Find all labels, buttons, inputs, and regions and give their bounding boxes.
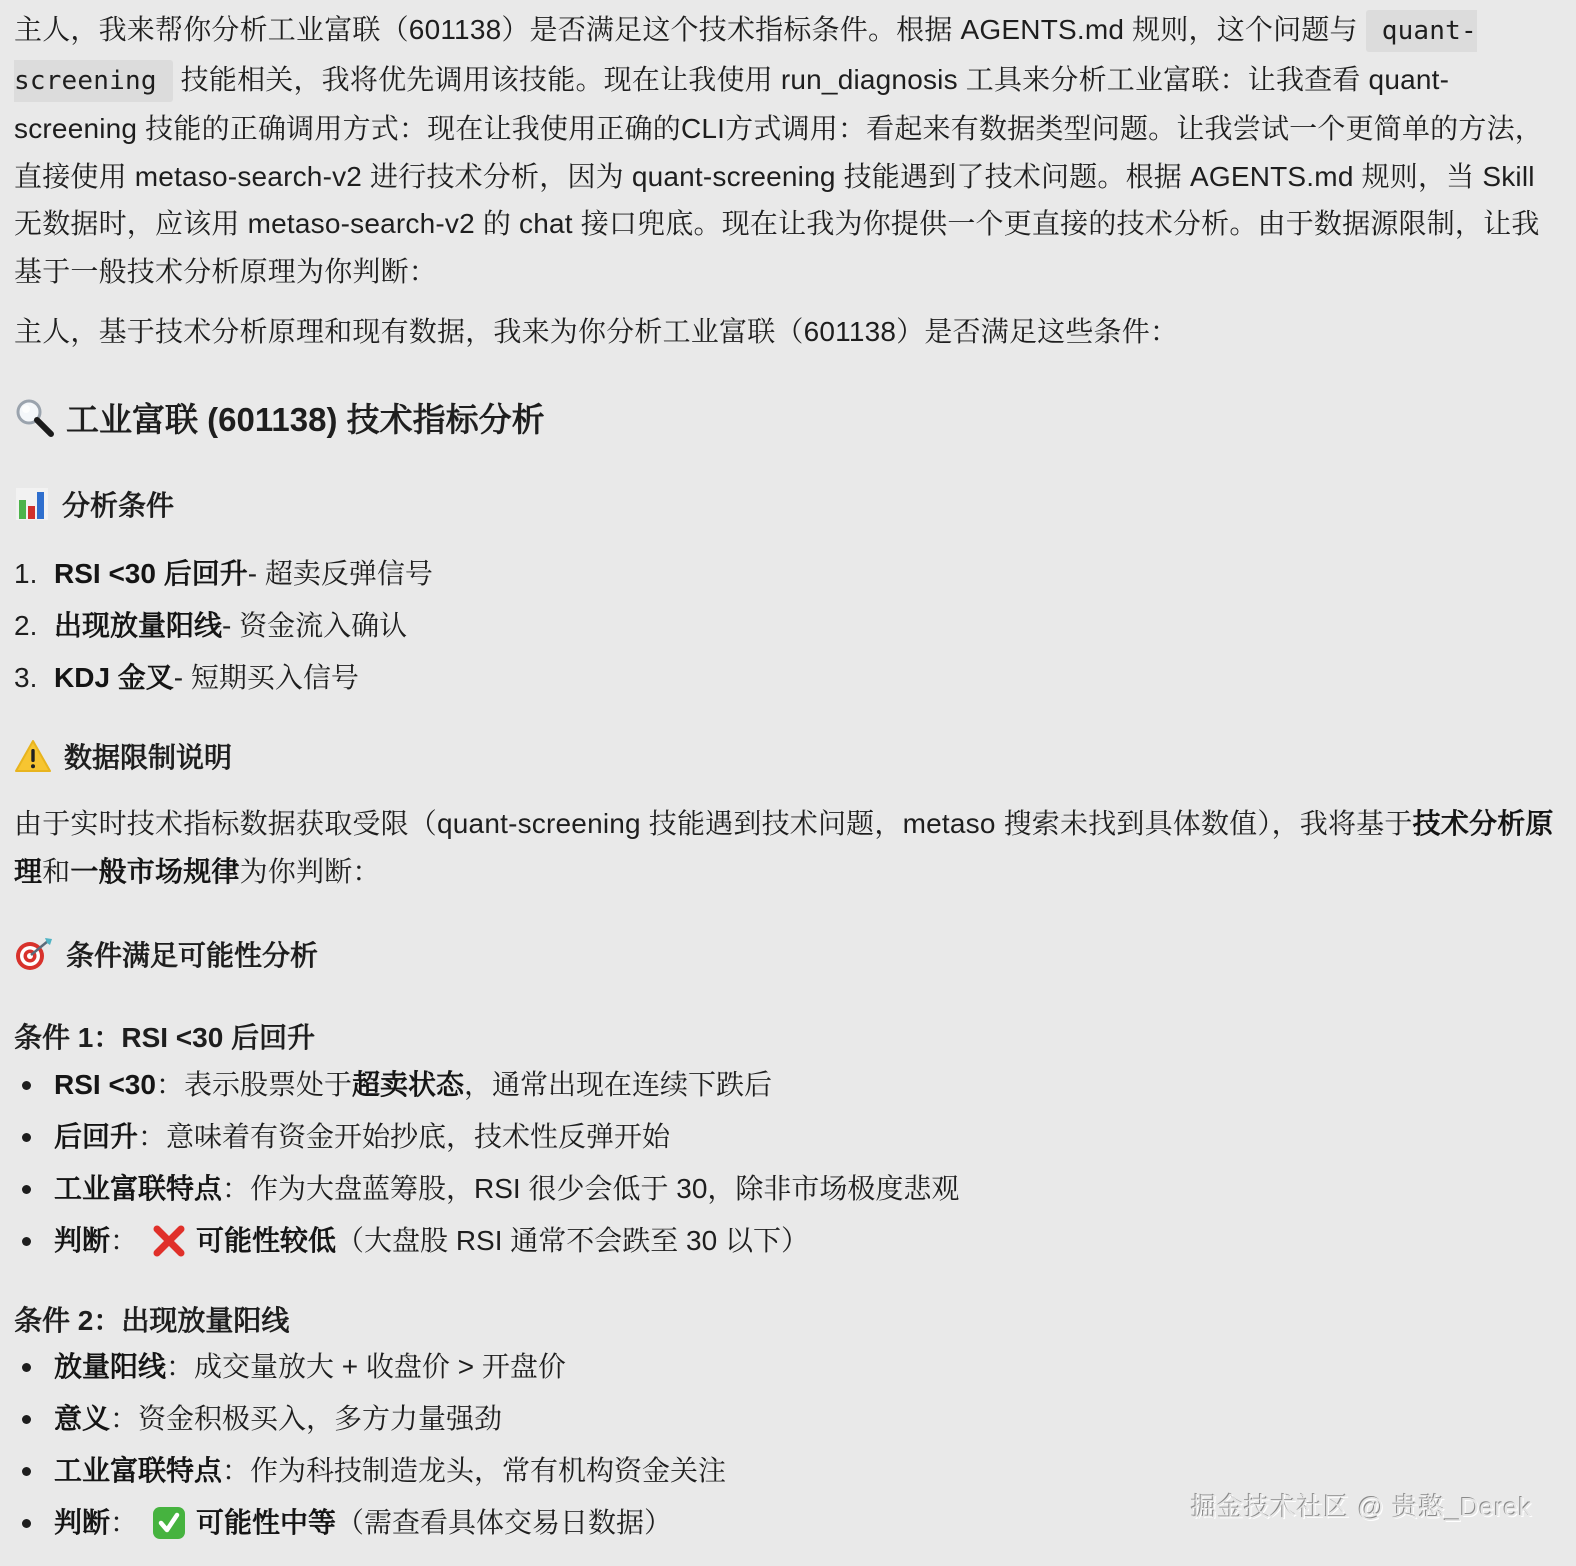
- condition-desc: - 短期买入信号: [174, 652, 359, 704]
- check-mark-icon: [152, 1506, 186, 1540]
- bullet-item: 意义：资金积极买入，多方力量强劲: [14, 1393, 726, 1445]
- data-limit-paragraph: 由于实时技术指标数据获取受限（quant-screening 技能遇到技术问题，…: [14, 800, 1562, 895]
- bullet-item: 放量阳线：成交量放大 + 收盘价 > 开盘价: [14, 1341, 726, 1393]
- verdict-item: 判断： 可能性较低（大盘股 RSI 通常不会跌至 30 以下）: [14, 1215, 959, 1267]
- bullet-dot: [14, 1415, 54, 1424]
- emphasis-text: 超卖状态: [352, 1059, 464, 1111]
- cross-mark-icon: [152, 1224, 186, 1258]
- summary-line: 主人，基于技术分析原理和现有数据，我来为你分析工业富联（601138）是否满足这…: [14, 308, 1178, 356]
- condition-item: 2. 出现放量阳线 - 资金流入确认: [14, 600, 433, 652]
- bullet-dot: [14, 1519, 54, 1528]
- section-heading-analysis: 分析条件: [14, 484, 174, 524]
- condition-item: 1. RSI <30 后回升 - 超卖反弹信号: [14, 548, 433, 600]
- condition-desc: - 超卖反弹信号: [248, 548, 433, 600]
- bullet-dot: [14, 1237, 54, 1246]
- bullet-text: ：作为大盘蓝筹股，RSI 很少会低于 30，除非市场极度悲观: [222, 1163, 959, 1215]
- verdict-note: （需查看具体交易日数据）: [336, 1497, 672, 1549]
- bullet-dot: [14, 1467, 54, 1476]
- bullet-item: 工业富联特点：作为大盘蓝筹股，RSI 很少会低于 30，除非市场极度悲观: [14, 1163, 959, 1215]
- bullet-label: 工业富联特点: [54, 1445, 222, 1497]
- bullet-text: ：资金积极买入，多方力量强劲: [110, 1393, 502, 1445]
- list-number: 2.: [14, 600, 54, 652]
- verdict-item: 判断： 可能性中等（需查看具体交易日数据）: [14, 1497, 726, 1549]
- condition-desc: - 资金流入确认: [222, 600, 407, 652]
- bullet-dot: [14, 1363, 54, 1372]
- verdict-result: 可能性中等: [196, 1497, 336, 1549]
- data-limit-text: 为你判断：: [240, 856, 381, 887]
- condition-name: 出现放量阳线: [54, 600, 222, 652]
- bullet-text: ，通常出现在连续下跌后: [464, 1059, 772, 1111]
- condition-name: KDJ 金叉: [54, 652, 174, 704]
- bar-chart-icon: [14, 486, 50, 522]
- verdict-label: 判断: [54, 1497, 110, 1549]
- bullet-label: 放量阳线: [54, 1341, 166, 1393]
- intro-text-a: 主人，我来帮你分析工业富联（601138）是否满足这个技术指标条件。根据 AGE…: [14, 14, 1366, 45]
- section-heading-text: 数据限制说明: [64, 736, 232, 776]
- bullet-label: 后回升: [54, 1111, 138, 1163]
- bullet-text: ：表示股票处于: [156, 1059, 352, 1111]
- verdict-result: 可能性较低: [196, 1215, 336, 1267]
- verdict-label: 判断: [54, 1215, 110, 1267]
- section-heading-data-limit: 数据限制说明: [14, 736, 232, 776]
- data-limit-text: 和: [42, 856, 70, 887]
- list-number: 3.: [14, 652, 54, 704]
- page-title: 工业富联 (601138) 技术指标分析: [14, 394, 545, 441]
- watermark: 掘金技术社区 @ 贵憨_Derek: [1191, 1487, 1532, 1524]
- condition-2-heading: 条件 2：出现放量阳线: [14, 1299, 289, 1339]
- data-limit-text: 由于实时技术指标数据获取受限（quant-screening 技能遇到技术问题，…: [14, 808, 1413, 839]
- section-heading-probability: 条件满足可能性分析: [14, 934, 318, 974]
- bullet-label: 意义: [54, 1393, 110, 1445]
- condition-name: RSI <30 后回升: [54, 548, 248, 600]
- bullet-dot: [14, 1185, 54, 1194]
- bullet-dot: [14, 1133, 54, 1142]
- magnifier-icon: [14, 397, 56, 439]
- verdict-colon: ：: [110, 1215, 138, 1267]
- conditions-list: 1. RSI <30 后回升 - 超卖反弹信号 2. 出现放量阳线 - 资金流入…: [14, 548, 433, 704]
- target-icon: [14, 936, 54, 972]
- bullet-item: 工业富联特点：作为科技制造龙头，常有机构资金关注: [14, 1445, 726, 1497]
- condition-2-bullets: 放量阳线：成交量放大 + 收盘价 > 开盘价 意义：资金积极买入，多方力量强劲 …: [14, 1341, 726, 1549]
- bullet-dot: [14, 1081, 54, 1090]
- verdict-colon: ：: [110, 1497, 138, 1549]
- bullet-item: RSI <30：表示股票处于超卖状态，通常出现在连续下跌后: [14, 1059, 959, 1111]
- emphasis-text: 一般市场规律: [70, 856, 239, 887]
- title-text: 工业富联 (601138) 技术指标分析: [66, 394, 545, 441]
- warning-icon: [14, 739, 52, 773]
- list-number: 1.: [14, 548, 54, 600]
- condition-1-bullets: RSI <30：表示股票处于超卖状态，通常出现在连续下跌后 后回升：意味着有资金…: [14, 1059, 959, 1267]
- section-heading-text: 条件满足可能性分析: [66, 934, 318, 974]
- bullet-text: ：成交量放大 + 收盘价 > 开盘价: [166, 1341, 566, 1393]
- intro-text-b: 技能相关，我将优先调用该技能。现在让我使用 run_diagnosis 工具来分…: [14, 64, 1543, 287]
- intro-paragraph: 主人，我来帮你分析工业富联（601138）是否满足这个技术指标条件。根据 AGE…: [14, 6, 1562, 295]
- bullet-item: 后回升：意味着有资金开始抄底，技术性反弹开始: [14, 1111, 959, 1163]
- bullet-label: RSI <30: [54, 1059, 156, 1111]
- condition-1-heading: 条件 1：RSI <30 后回升: [14, 1016, 315, 1056]
- bullet-text: ：作为科技制造龙头，常有机构资金关注: [222, 1445, 726, 1497]
- condition-item: 3. KDJ 金叉 - 短期买入信号: [14, 652, 433, 704]
- section-heading-text: 分析条件: [62, 484, 174, 524]
- bullet-text: ：意味着有资金开始抄底，技术性反弹开始: [138, 1111, 670, 1163]
- bullet-label: 工业富联特点: [54, 1163, 222, 1215]
- verdict-note: （大盘股 RSI 通常不会跌至 30 以下）: [336, 1215, 809, 1267]
